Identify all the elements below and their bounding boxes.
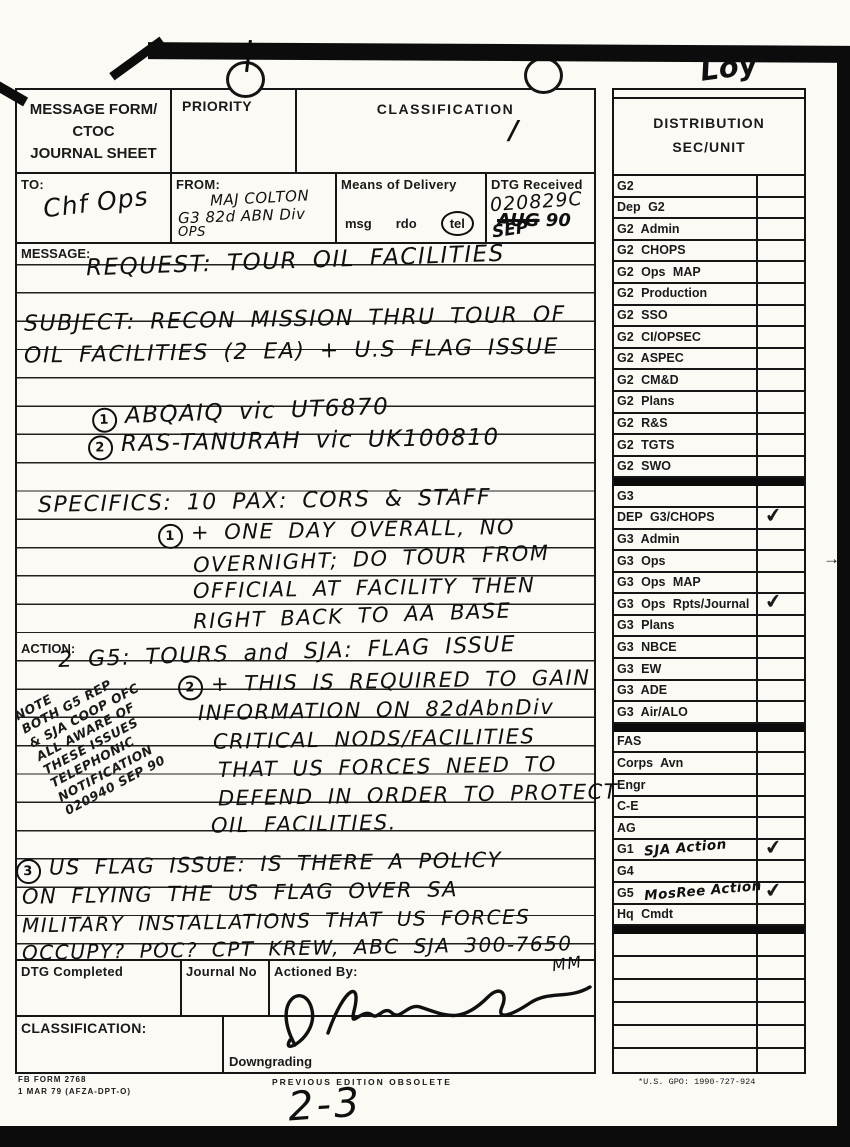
handwritten-corner-note: Loy xyxy=(698,46,759,88)
distribution-row: G3 NBCE xyxy=(614,637,804,659)
distribution-row: C-E xyxy=(614,797,804,819)
handwritten-page-number: 2-3 xyxy=(286,1079,363,1130)
action-label: ACTION: xyxy=(21,641,75,656)
from-value-line: G3 82d ABN Div xyxy=(178,205,310,228)
distribution-divider xyxy=(614,478,804,486)
distribution-check-cell xyxy=(756,905,804,925)
distribution-row-label: G2 Ops MAP xyxy=(614,262,756,282)
bottom-classification-row: CLASSIFICATION: Downgrading xyxy=(17,1015,594,1072)
actioned-by-label: Actioned By: xyxy=(274,964,358,979)
punch-hole-right xyxy=(524,57,563,94)
distribution-row-label: G3 ADE xyxy=(614,681,756,701)
checkmark-icon: ✔ xyxy=(763,877,783,903)
distribution-row-label: G2 SWO xyxy=(614,457,756,477)
distribution-row: G2 CI/OPSEC xyxy=(614,327,804,349)
delivery-label: Means of Delivery xyxy=(341,177,457,192)
actioned-by-box: Actioned By: xyxy=(270,961,594,1015)
distribution-row-label xyxy=(614,957,756,978)
distribution-row: G2 Plans xyxy=(614,392,804,414)
message-label: MESSAGE: xyxy=(21,246,90,261)
distribution-check-cell xyxy=(756,241,804,261)
distribution-check-cell xyxy=(756,262,804,282)
distribution-row-label: G3 xyxy=(614,486,756,506)
distribution-row: G3 ADE xyxy=(614,681,804,703)
distribution-check-cell xyxy=(756,1003,804,1024)
checkmark-icon: ✔ xyxy=(763,502,783,528)
distribution-row: G3 Air/ALO xyxy=(614,702,804,724)
distribution-row-label: G3 Ops Rpts/Journal xyxy=(614,594,756,614)
distribution-row-label: G3 EW xyxy=(614,659,756,679)
distribution-row-label: G2 CM&D xyxy=(614,370,756,390)
distribution-row: G2 ASPEC xyxy=(614,349,804,371)
distribution-check-cell xyxy=(756,414,804,434)
distribution-check-cell xyxy=(756,435,804,455)
distribution-row: FAS xyxy=(614,732,804,754)
journal-no-label: Journal No xyxy=(186,964,257,979)
distribution-check-cell xyxy=(756,681,804,701)
handwritten-dtg-corrected-month: SEP xyxy=(491,218,530,243)
distribution-row-label xyxy=(614,1026,756,1047)
journal-no-box: Journal No xyxy=(182,961,270,1015)
priority-label: PRIORITY xyxy=(182,98,252,114)
distribution-row: G3 Ops→ xyxy=(614,551,804,573)
distribution-check-cell xyxy=(756,659,804,679)
distribution-check-cell xyxy=(756,219,804,239)
gpo-note: *U.S. GPO: 1990-727-924 xyxy=(638,1077,755,1087)
distribution-row-label: G3 Admin xyxy=(614,530,756,550)
distribution-row xyxy=(614,980,804,1003)
distribution-check-cell xyxy=(756,732,804,752)
distribution-row: Engr xyxy=(614,775,804,797)
distribution-row-label: G2 SSO xyxy=(614,306,756,326)
distribution-row-label: Engr xyxy=(614,775,756,795)
distribution-row-label: FAS xyxy=(614,732,756,752)
from-box: FROM: MAJ COLTONG3 82d ABN DivOPS xyxy=(172,174,337,242)
distribution-row-label: Corps Avn xyxy=(614,753,756,773)
distribution-row xyxy=(614,1049,804,1072)
distribution-header: DISTRIBUTIONSEC/UNIT xyxy=(614,90,804,176)
distribution-row: G2 Admin xyxy=(614,219,804,241)
distribution-header-line: SEC/UNIT xyxy=(614,136,804,160)
distribution-row-label: G2 Production xyxy=(614,284,756,304)
distribution-divider xyxy=(614,724,804,732)
handwritten-to-value: Chf Ops xyxy=(42,182,150,224)
dtg-completed-label: DTG Completed xyxy=(21,964,123,979)
distribution-row-label: G4 xyxy=(614,861,756,881)
distribution-row-label: G3 Plans xyxy=(614,616,756,636)
distribution-row: G2 SSO xyxy=(614,306,804,328)
delivery-option-tel: tel xyxy=(441,211,474,236)
classification-label: CLASSIFICATION xyxy=(377,101,514,117)
routing-row: TO: Chf Ops FROM: MAJ COLTONG3 82d ABN D… xyxy=(17,172,594,242)
classification-box: CLASSIFICATION / xyxy=(297,90,594,172)
distribution-check-cell xyxy=(756,284,804,304)
distribution-row-label: Dep G2 xyxy=(614,198,756,218)
dtg-year: 90 xyxy=(546,210,571,231)
distribution-row: G5✔MosRee Action xyxy=(614,883,804,905)
distribution-check-cell: ✔ xyxy=(756,840,804,860)
distribution-row-label: DEP G3/CHOPS xyxy=(614,508,756,528)
distribution-check-cell xyxy=(756,349,804,369)
distribution-row: G3 Ops Rpts/Journal✔ xyxy=(614,594,804,616)
message-area: MESSAGE: ACTION: xyxy=(17,242,594,959)
handwritten-from-value: MAJ COLTONG3 82d ABN DivOPS xyxy=(178,189,309,240)
distribution-check-cell: ✔ xyxy=(756,594,804,614)
distribution-row-label: G2 CHOPS xyxy=(614,241,756,261)
distribution-row: G2 SWO xyxy=(614,457,804,479)
distribution-row: G2 Ops MAP xyxy=(614,262,804,284)
distribution-row-label: G2 CI/OPSEC xyxy=(614,327,756,347)
form-title-line: CTOC xyxy=(17,121,170,143)
distribution-row: G2 TGTS xyxy=(614,435,804,457)
distribution-check-cell xyxy=(756,797,804,817)
from-value-line: OPS xyxy=(178,225,309,240)
distribution-row: G2 CM&D xyxy=(614,370,804,392)
downgrading-box: Downgrading xyxy=(224,1017,594,1072)
distribution-row-label xyxy=(614,934,756,955)
distribution-check-cell xyxy=(756,176,804,196)
distribution-row-label: Hq Cmdt xyxy=(614,905,756,925)
distribution-row: Dep G2 xyxy=(614,198,804,220)
form-title-line: MESSAGE FORM/ xyxy=(17,99,170,121)
distribution-row xyxy=(614,934,804,957)
form-header-row: MESSAGE FORM/CTOCJOURNAL SHEET PRIORITY … xyxy=(17,90,594,172)
distribution-check-cell xyxy=(756,327,804,347)
to-label: TO: xyxy=(21,177,44,192)
priority-box: PRIORITY xyxy=(172,90,297,172)
distribution-header-rule xyxy=(614,97,804,99)
distribution-row-label: G3 NBCE xyxy=(614,637,756,657)
scan-bar-bottom xyxy=(0,1126,850,1147)
distribution-check-cell xyxy=(756,457,804,477)
distribution-row: Corps Avn xyxy=(614,753,804,775)
distribution-check-cell xyxy=(756,934,804,955)
to-box: TO: Chf Ops xyxy=(17,174,172,242)
distribution-row: G2 Production xyxy=(614,284,804,306)
distribution-row: G1✔SJA Action xyxy=(614,840,804,862)
distribution-check-cell xyxy=(756,392,804,412)
distribution-check-cell xyxy=(756,198,804,218)
distribution-rows: G2Dep G2G2 AdminG2 CHOPSG2 Ops MAPG2 Pro… xyxy=(614,176,804,1072)
distribution-row-label xyxy=(614,1003,756,1024)
distribution-check-cell xyxy=(756,775,804,795)
distribution-row-label xyxy=(614,980,756,1001)
distribution-row-label: G2 Plans xyxy=(614,392,756,412)
distribution-check-cell xyxy=(756,980,804,1001)
distribution-check-cell xyxy=(756,702,804,722)
distribution-table: DISTRIBUTIONSEC/UNIT G2Dep G2G2 AdminG2 … xyxy=(612,88,806,1074)
distribution-check-cell xyxy=(756,1026,804,1047)
distribution-row: G3 Plans xyxy=(614,616,804,638)
distribution-check-cell xyxy=(756,530,804,550)
dtg-completed-box: DTG Completed xyxy=(17,961,182,1015)
distribution-row-label: G3 Air/ALO xyxy=(614,702,756,722)
message-form: MESSAGE FORM/CTOCJOURNAL SHEET PRIORITY … xyxy=(15,88,596,1074)
distribution-header-line: DISTRIBUTION xyxy=(614,112,804,136)
distribution-row: G2 xyxy=(614,176,804,198)
distribution-divider xyxy=(614,926,804,934)
distribution-row-label: G3 Ops MAP xyxy=(614,573,756,593)
delivery-options: msgrdotel xyxy=(345,211,474,236)
distribution-check-cell xyxy=(756,637,804,657)
distribution-row-label: G3 Ops xyxy=(614,551,756,571)
distribution-row: G3 Admin xyxy=(614,530,804,552)
distribution-row-label: C-E xyxy=(614,797,756,817)
distribution-row xyxy=(614,1003,804,1026)
distribution-row: DEP G3/CHOPS✔ xyxy=(614,508,804,530)
distribution-row: G3 EW xyxy=(614,659,804,681)
delivery-box: Means of Delivery msgrdotel xyxy=(337,174,487,242)
distribution-row xyxy=(614,1026,804,1049)
distribution-check-cell xyxy=(756,370,804,390)
distribution-check-cell: ✔ xyxy=(756,508,804,528)
handwritten-classification-mark: / xyxy=(509,116,520,146)
distribution-check-cell xyxy=(756,1049,804,1072)
distribution-row: G2 R&S xyxy=(614,414,804,436)
distribution-row-label xyxy=(614,1049,756,1072)
bottom-classification-box: CLASSIFICATION: xyxy=(17,1017,224,1072)
downgrading-label: Downgrading xyxy=(229,1054,312,1069)
dtg-received-box: DTG Received 020829C AUG 90 SEP xyxy=(487,174,594,242)
delivery-option-rdo: rdo xyxy=(396,216,417,231)
form-title: MESSAGE FORM/CTOCJOURNAL SHEET xyxy=(17,90,172,172)
checkmark-icon: ✔ xyxy=(763,588,783,614)
distribution-check-cell xyxy=(756,306,804,326)
distribution-row-label: AG xyxy=(614,818,756,838)
checkmark-icon: ✔ xyxy=(763,834,783,860)
distribution-check-cell xyxy=(756,753,804,773)
distribution-row: G2 CHOPS xyxy=(614,241,804,263)
journal-sheet-page: Loy MESSAGE FORM/CTOCJOURNAL SHEET PRIOR… xyxy=(0,0,850,1147)
form-identifier: FB FORM 2768 1 MAR 79 (AFZA-DPT-O) xyxy=(18,1074,131,1098)
distribution-check-cell: → xyxy=(756,551,804,571)
distribution-row-label: G2 xyxy=(614,176,756,196)
form-origin: 1 MAR 79 (AFZA-DPT-O) xyxy=(18,1086,131,1098)
distribution-row-label: G2 TGTS xyxy=(614,435,756,455)
completion-row: DTG Completed Journal No Actioned By: xyxy=(17,959,594,1015)
scan-bar-right xyxy=(837,52,850,1147)
delivery-option-msg: msg xyxy=(345,216,372,231)
distribution-row xyxy=(614,957,804,980)
distribution-check-cell xyxy=(756,957,804,978)
form-title-line: JOURNAL SHEET xyxy=(17,143,170,165)
bottom-classification-label: CLASSIFICATION: xyxy=(21,1020,147,1036)
distribution-row-label: G2 ASPEC xyxy=(614,349,756,369)
distribution-row-label: G2 R&S xyxy=(614,414,756,434)
distribution-row-label: G2 Admin xyxy=(614,219,756,239)
distribution-row: Hq Cmdt xyxy=(614,905,804,927)
form-number: FB FORM 2768 xyxy=(18,1074,131,1086)
distribution-check-cell: ✔ xyxy=(756,883,804,903)
distribution-check-cell xyxy=(756,616,804,636)
